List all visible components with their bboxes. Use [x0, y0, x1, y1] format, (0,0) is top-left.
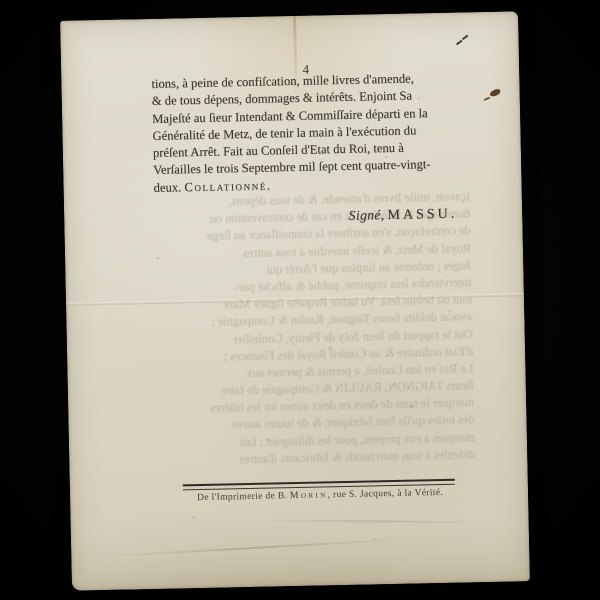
body-text: tions, à peine de confiſcation, mille li… — [151, 69, 463, 197]
imprint-pre: De l'Imprimerie de B. — [197, 490, 290, 503]
paper-wrinkle — [99, 538, 409, 557]
verso-bleedthrough-text: ſçavoir, mille livres d'amende, & de tou… — [145, 188, 476, 470]
collationne-smallcaps: Collationné. — [184, 178, 272, 194]
last-line-text: deux. — [153, 180, 184, 195]
pen-mark — [455, 34, 469, 46]
photo-background: ſçavoir, mille livres d'amende, & de tou… — [0, 0, 600, 600]
imprint-post: , rue S. Jacques, à la Vérité. — [328, 487, 444, 500]
signe-label: Signé — [349, 207, 381, 223]
foxing-specks — [60, 21, 62, 23]
printer-name: Morin — [290, 489, 328, 501]
paper-wrinkle — [255, 520, 495, 524]
ink-stain — [489, 88, 501, 97]
signatory-name: MASSU. — [387, 207, 457, 223]
document-page: ſçavoir, mille livres d'amende, & de tou… — [60, 11, 530, 590]
